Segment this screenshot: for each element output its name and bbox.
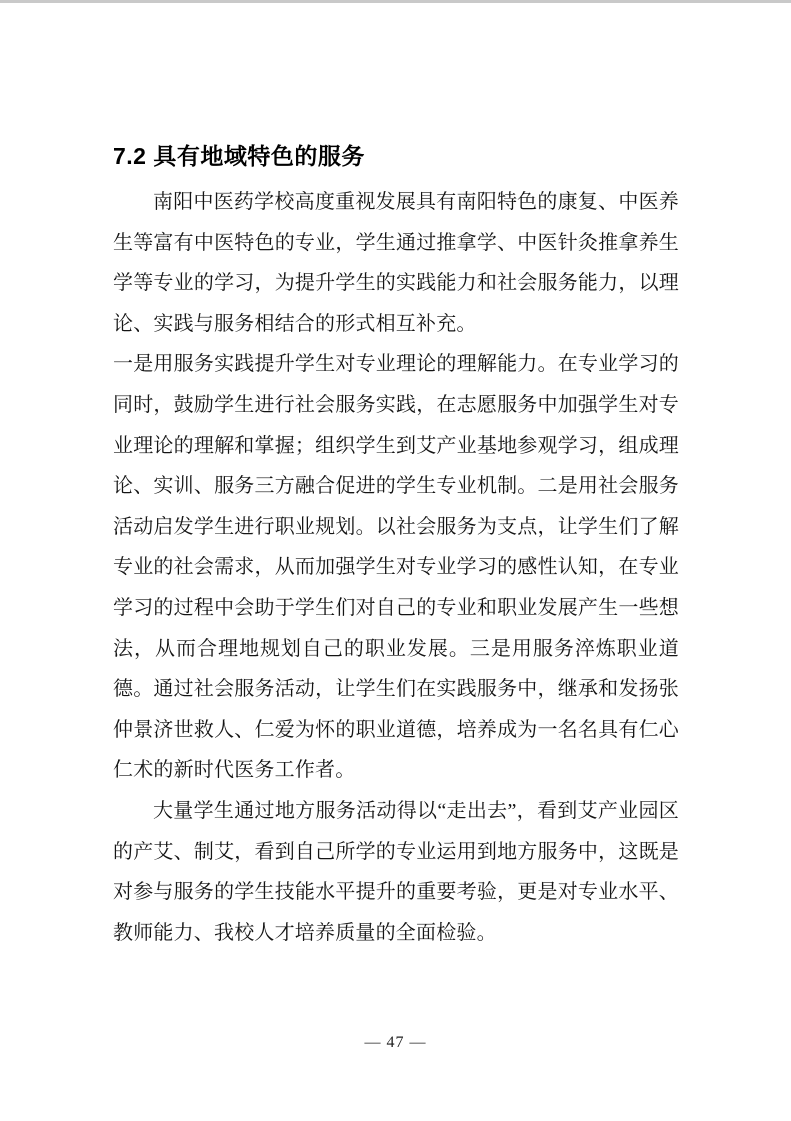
paragraph: 南阳中医药学校高度重视发展具有南阳特色的康复、中医养生等富有中医特色的专业，学生…: [113, 182, 679, 344]
page-footer: — 47 —: [0, 1034, 791, 1052]
paragraph: 一是用服务实践提升学生对专业理论的理解能力。在专业学习的同时，鼓励学生进行社会服…: [113, 344, 679, 791]
document-page: 7.2 具有地域特色的服务 南阳中医药学校高度重视发展具有南阳特色的康复、中医养…: [0, 0, 791, 1121]
document-body: 南阳中医药学校高度重视发展具有南阳特色的康复、中医养生等富有中医特色的专业，学生…: [113, 182, 679, 953]
paragraph: 大量学生通过地方服务活动得以“走出去”，看到艾产业园区的产艾、制艾，看到自己所学…: [113, 791, 679, 953]
section-heading: 7.2 具有地域特色的服务: [113, 140, 679, 172]
page-content: 7.2 具有地域特色的服务 南阳中医药学校高度重视发展具有南阳特色的康复、中医养…: [113, 140, 679, 953]
page-number: — 47 —: [365, 1034, 427, 1051]
page-top-edge-divider: [0, 0, 791, 3]
